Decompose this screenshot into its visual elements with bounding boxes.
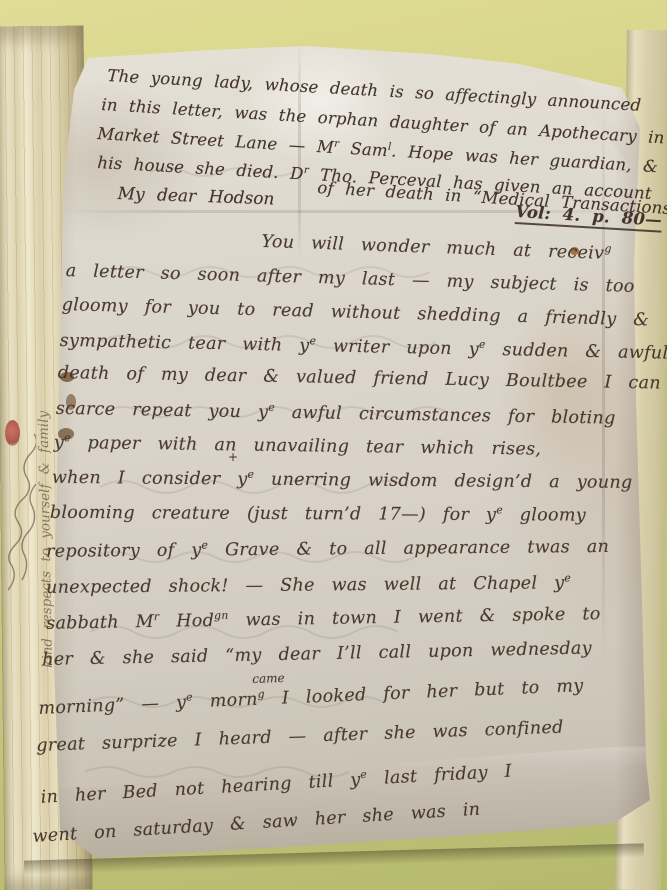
wax-spot <box>5 420 20 446</box>
inserted-word: came <box>252 671 285 686</box>
body-line: blooming creature (just turn’d 17—) for … <box>50 501 586 526</box>
caret-mark: + <box>228 450 238 464</box>
photograph-of-letter: The young lady, whose death is so affect… <box>0 0 667 890</box>
body-line: unexpected shock! — She was well at Chap… <box>46 571 571 597</box>
